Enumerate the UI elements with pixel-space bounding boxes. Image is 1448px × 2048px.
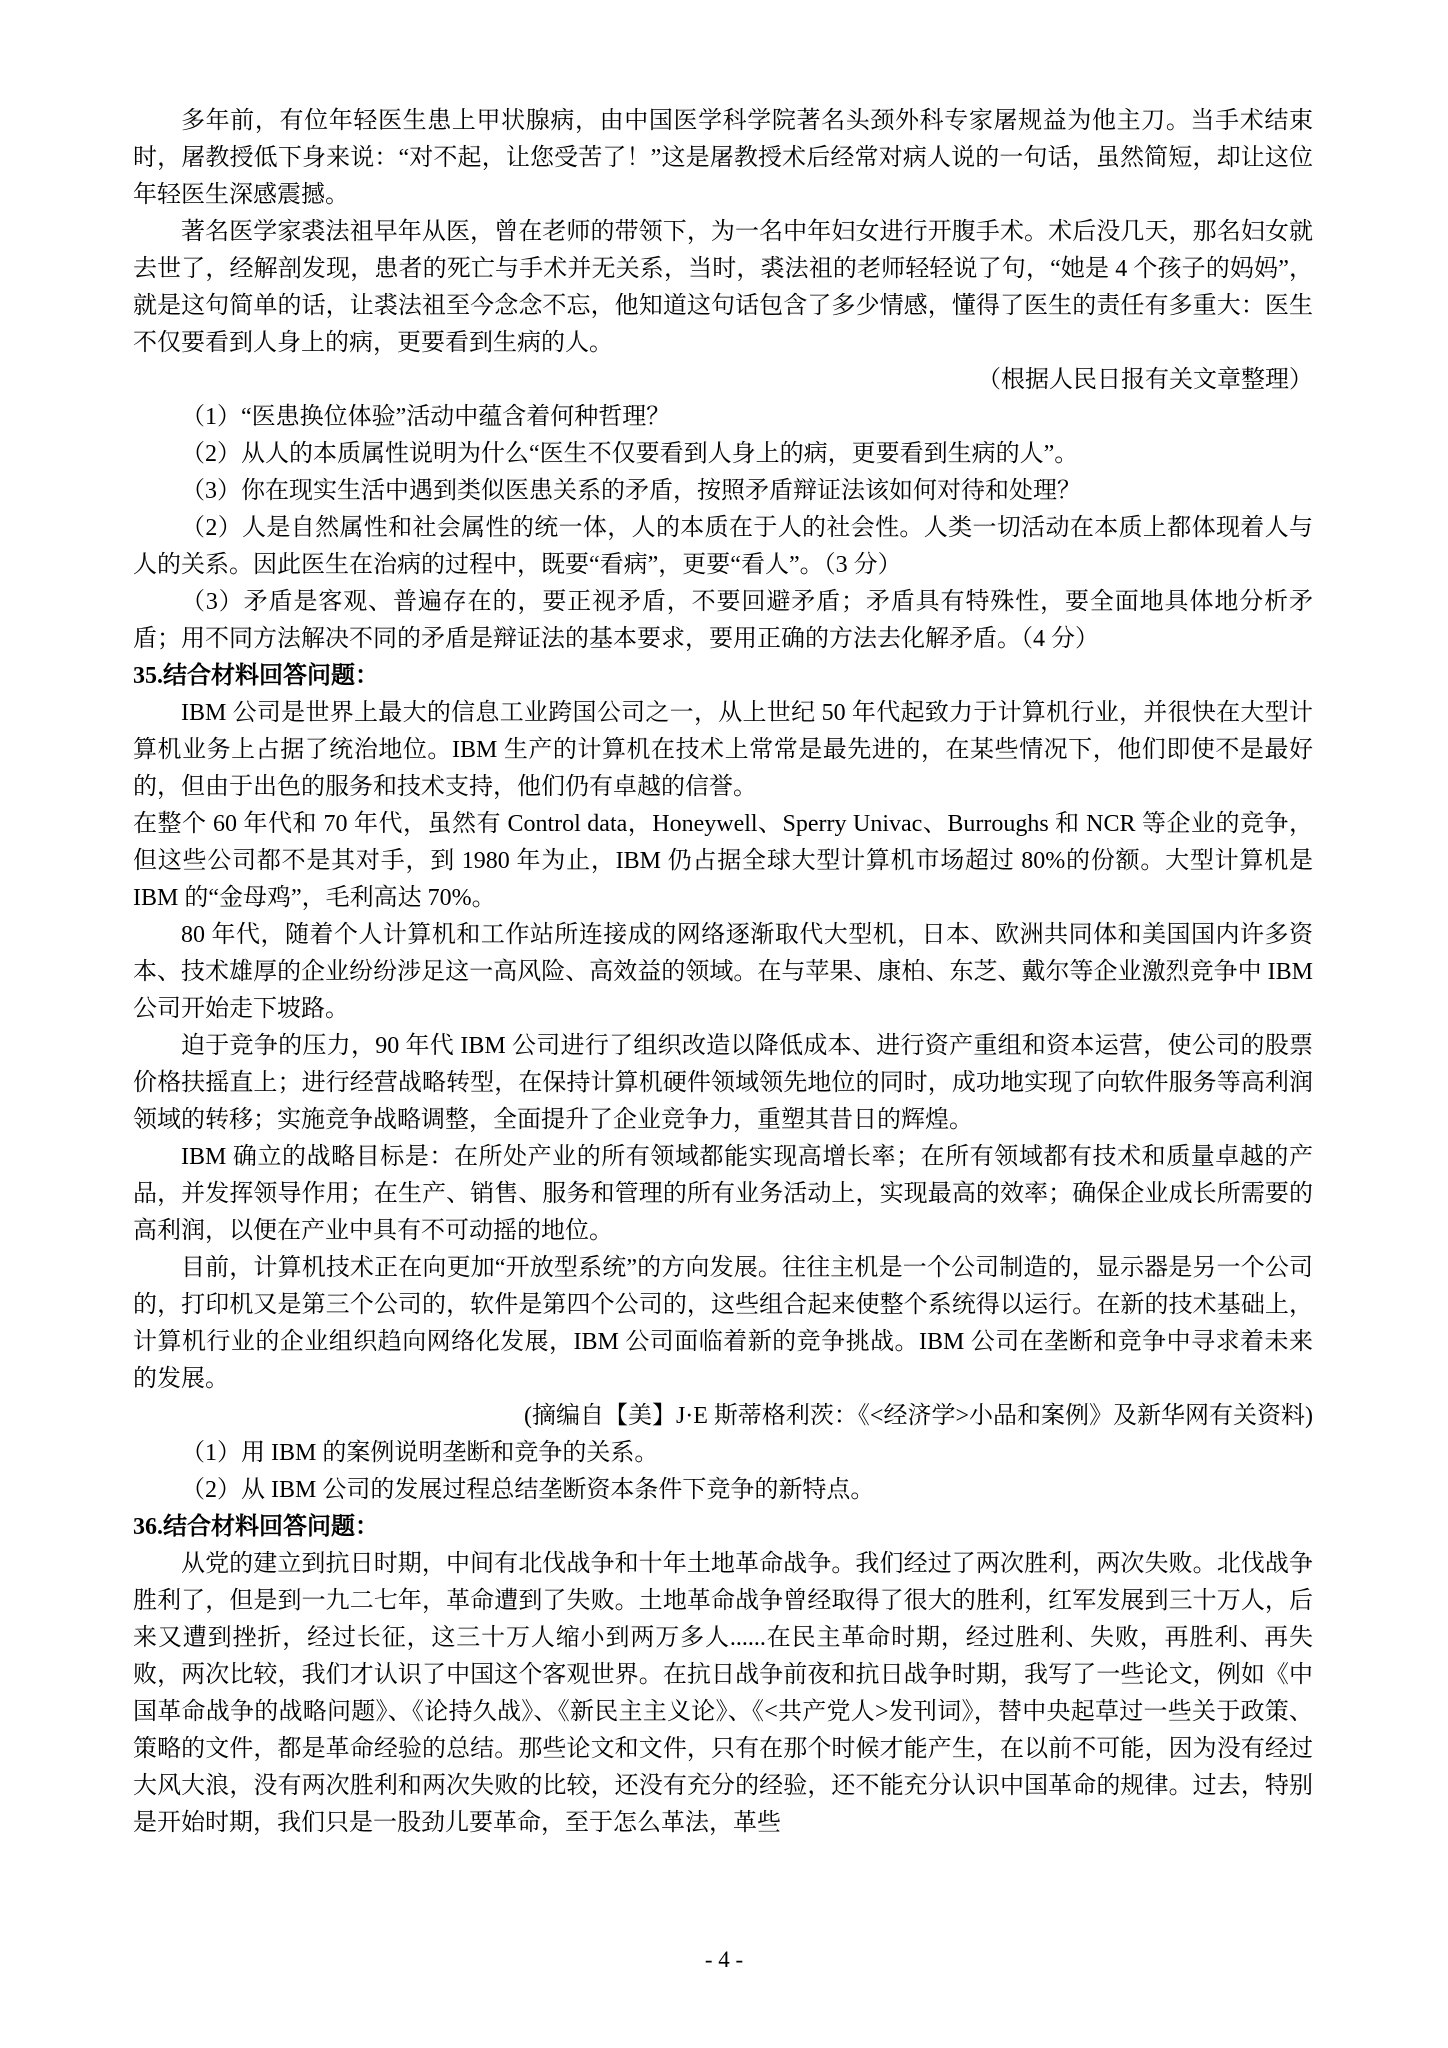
question-item: （3）你在现实生活中遇到类似医患关系的矛盾，按照矛盾辩证法该如何对待和处理？	[133, 473, 1313, 510]
question-item: （2）从人的本质属性说明为什么“医生不仅要看到人身上的病，更要看到生病的人”。	[133, 436, 1313, 473]
material-paragraph: 80 年代，随着个人计算机和工作站所连接成的网络逐渐取代大型机，日本、欧洲共同体…	[133, 917, 1313, 1028]
material-paragraph: 从党的建立到抗日时期，中间有北伐战争和十年土地革命战争。我们经过了两次胜利，两次…	[133, 1546, 1313, 1842]
source-line: （根据人民日报有关文章整理）	[133, 362, 1313, 399]
source-line: (摘编自【美】J·E 斯蒂格利茨：《<经济学>小品和案例》及新华网有关资料)	[133, 1398, 1313, 1435]
answer-paragraph: （2）人是自然属性和社会属性的统一体，人的本质在于人的社会性。人类一切活动在本质…	[133, 510, 1313, 584]
material-paragraph: IBM 确立的战略目标是：在所处产业的所有领域都能实现高增长率；在所有领域都有技…	[133, 1139, 1313, 1250]
section-heading: 36.结合材料回答问题：	[133, 1509, 1313, 1546]
material-paragraph: 在整个 60 年代和 70 年代，虽然有 Control data，Honeyw…	[133, 806, 1313, 917]
page-content: 多年前，有位年轻医生患上甲状腺病，由中国医学科学院著名头颈外科专家屠规益为他主刀…	[133, 103, 1313, 1842]
document-page: 多年前，有位年轻医生患上甲状腺病，由中国医学科学院著名头颈外科专家屠规益为他主刀…	[0, 0, 1448, 2048]
question-item: （1）“医患换位体验”活动中蕴含着何种哲理？	[133, 399, 1313, 436]
section-heading: 35.结合材料回答问题：	[133, 658, 1313, 695]
question-item: （1）用 IBM 的案例说明垄断和竞争的关系。	[133, 1435, 1313, 1472]
question-item: （2）从 IBM 公司的发展过程总结垄断资本条件下竞争的新特点。	[133, 1472, 1313, 1509]
material-paragraph: 多年前，有位年轻医生患上甲状腺病，由中国医学科学院著名头颈外科专家屠规益为他主刀…	[133, 103, 1313, 214]
page-number: - 4 -	[0, 1945, 1448, 1975]
material-paragraph: IBM 公司是世界上最大的信息工业跨国公司之一，从上世纪 50 年代起致力于计算…	[133, 695, 1313, 806]
material-paragraph: 迫于竞争的压力，90 年代 IBM 公司进行了组织改造以降低成本、进行资产重组和…	[133, 1028, 1313, 1139]
material-paragraph: 目前，计算机技术正在向更加“开放型系统”的方向发展。往往主机是一个公司制造的，显…	[133, 1250, 1313, 1398]
material-paragraph: 著名医学家裘法祖早年从医，曾在老师的带领下，为一名中年妇女进行开腹手术。术后没几…	[133, 214, 1313, 362]
answer-paragraph: （3）矛盾是客观、普遍存在的，要正视矛盾，不要回避矛盾；矛盾具有特殊性，要全面地…	[133, 584, 1313, 658]
